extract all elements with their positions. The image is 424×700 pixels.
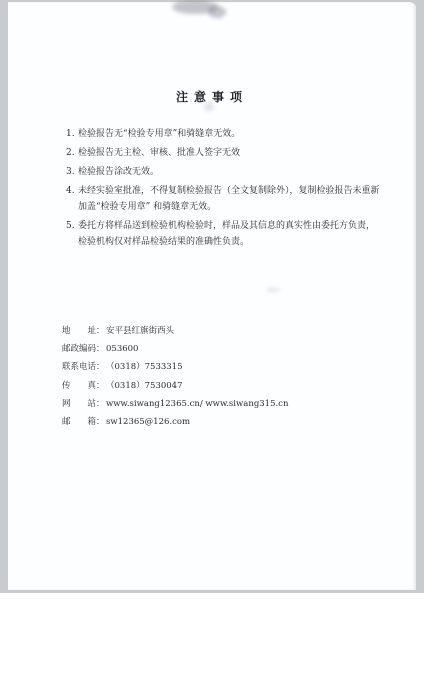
notice-item: 3. 检验报告涂改无效。 (66, 164, 406, 180)
contact-label: 地 址： (62, 322, 106, 340)
contact-label: 邮政编码： (62, 340, 106, 358)
scan-smudge (208, 6, 226, 18)
notice-text: 检验报告无“检验专用章”和骑缝章无效。 (78, 126, 406, 142)
notice-number: 2. (66, 145, 75, 161)
contact-postcode: 邮政编码：053600 (62, 340, 288, 358)
notice-item: 4. 未经实验室批准，不得复制检验报告（全文复制除外），复制检验报告未重新 加盖… (66, 183, 406, 215)
contact-value: 053600 (106, 344, 138, 354)
notice-text: 检验报告涂改无效。 (78, 164, 406, 180)
notice-number: 5. (66, 218, 75, 234)
contact-info: 地 址：安平县红旗街西头 邮政编码：053600 联系电话：（0318）7533… (62, 322, 288, 431)
contact-label: 联系电话： (62, 358, 106, 376)
contact-label: 邮 箱： (62, 413, 106, 431)
notice-item: 5. 委托方将样品送到检验机构检验时，样品及其信息的真实性由委托方负责， 检验机… (66, 218, 406, 250)
notice-list: 1. 检验报告无“检验专用章”和骑缝章无效。 2. 检验报告无主检、审核、批准人… (66, 126, 406, 253)
contact-fax: 传 真：（0318）7530047 (62, 377, 288, 395)
contact-address: 地 址：安平县红旗街西头 (62, 322, 288, 340)
contact-value: （0318）7533315 (106, 362, 183, 372)
contact-value: www.siwang12365.cn/ www.siwang315.cn (106, 399, 288, 409)
notice-number: 3. (66, 164, 75, 180)
contact-value: sw12365@126.com (106, 417, 190, 427)
contact-value: 安平县红旗街西头 (106, 326, 174, 336)
notice-text: 加盖“检验专用章” 和骑缝章无效。 (78, 199, 406, 215)
page-title: 注意事项 (0, 88, 424, 105)
notice-item: 1. 检验报告无“检验专用章”和骑缝章无效。 (66, 126, 406, 142)
notice-item: 2. 检验报告无主检、审核、批准人签字无效 (66, 145, 406, 161)
scan-smudge (266, 288, 280, 292)
notice-text: 未经实验室批准，不得复制检验报告（全文复制除外），复制检验报告未重新 (78, 183, 406, 199)
notice-text: 检验机构仅对样品检验结果的准确性负责。 (78, 234, 406, 250)
notice-number: 4. (66, 183, 75, 199)
contact-phone: 联系电话：（0318）7533315 (62, 358, 288, 376)
contact-email: 邮 箱：sw12365@126.com (62, 413, 288, 431)
contact-label: 网 站： (62, 395, 106, 413)
notice-text: 委托方将样品送到检验机构检验时，样品及其信息的真实性由委托方负责， (78, 218, 406, 234)
notice-number: 1. (66, 126, 75, 142)
notice-text: 检验报告无主检、审核、批准人签字无效 (78, 145, 406, 161)
contact-website: 网 站：www.siwang12365.cn/ www.siwang315.cn (62, 395, 288, 413)
contact-label: 传 真： (62, 377, 106, 395)
contact-value: （0318）7530047 (106, 381, 183, 391)
